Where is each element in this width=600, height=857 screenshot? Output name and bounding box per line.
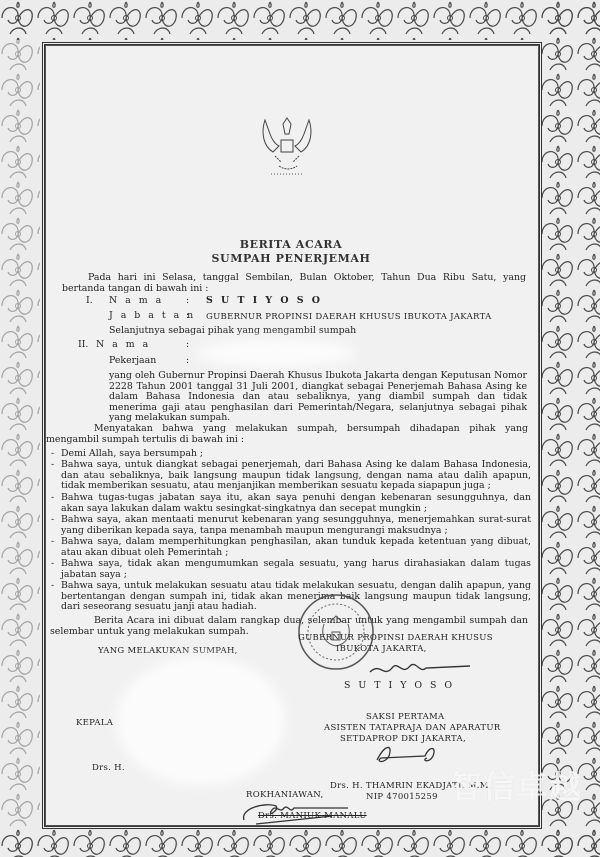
party2-number: II. xyxy=(78,340,88,351)
intro-paragraph: Pada hari ini Selasa, tanggal Sembilan, … xyxy=(62,273,526,294)
oath-item: -Bahwa tugas-tugas jabatan saya itu, aka… xyxy=(61,493,531,514)
party1-position-value: GUBERNUR PROPINSI DAERAH KHUSUS IBUKOTA … xyxy=(206,312,492,323)
oath-item: -Bahwa saya, untuk diangkat sebagai pene… xyxy=(61,460,531,492)
oath-item: -Bahwa saya, dalam memperhitungkan pengh… xyxy=(61,537,531,558)
party1-name-value: S U T I Y O S O xyxy=(206,296,322,307)
left-witness-label: KEPALA xyxy=(76,718,113,729)
witness-title-line1: SAKSI PERTAMA xyxy=(366,712,444,723)
party1-role-note: Selanjutnya sebagai pihak yang mengambil… xyxy=(109,326,356,337)
statement-paragraph: Menyatakan bahwa yang melakukan sumpah, … xyxy=(46,424,528,445)
witness-nip: NIP 470015259 xyxy=(366,792,438,803)
watermark: 智信卓越 xyxy=(450,762,582,808)
oath-item: -Bahwa saya, akan mentaati menurut keben… xyxy=(61,515,531,536)
garuda-emblem-icon xyxy=(257,112,317,182)
party2-name-label: N a m a xyxy=(96,340,151,351)
title-line-1: BERITA ACARA xyxy=(46,240,536,251)
clergy-name: Drs. MANIUK MANALU xyxy=(258,811,367,822)
colon: : xyxy=(186,356,189,367)
party2-description: yang oleh Gubernur Propinsi Daerah Khusu… xyxy=(109,371,527,424)
oath-item: -Demi Allah, saya bersumpah ; xyxy=(61,449,531,460)
title-line-2: SUMPAH PENERJEMAH xyxy=(46,254,536,265)
colon: : xyxy=(186,296,189,307)
party1-position-label: J a b a t a n xyxy=(109,311,196,322)
governor-signature xyxy=(366,658,476,682)
colon: : xyxy=(186,340,189,351)
witness-title-line2: ASISTEN TATAPRAJA DAN APARATUR xyxy=(324,723,501,734)
right-signatory-name: S U T I Y O S O xyxy=(344,681,455,692)
left-witness-name: Drs. H. xyxy=(92,763,125,774)
right-heading-line2: IBUKOTA JAKARTA, xyxy=(336,644,427,655)
redaction xyxy=(196,338,356,368)
right-heading-line1: GUBERNUR PROPINSI DAERAH KHUSUS xyxy=(298,633,493,644)
official-stamp-icon xyxy=(296,592,376,672)
party1-number: I. xyxy=(86,296,93,307)
party1-name-label: N a m a xyxy=(109,296,164,307)
party2-job-label: Pekerjaan xyxy=(109,356,156,367)
oath-item: -Bahwa saya, tidak akan mengumumkan sega… xyxy=(61,559,531,580)
document-page: BERITA ACARA SUMPAH PENERJEMAH Pada hari… xyxy=(46,46,536,823)
redaction xyxy=(116,656,286,786)
witness-signature xyxy=(371,742,451,766)
left-signature-heading: YANG MELAKUKAN SUMPAH, xyxy=(98,646,238,657)
colon: : xyxy=(186,311,189,322)
